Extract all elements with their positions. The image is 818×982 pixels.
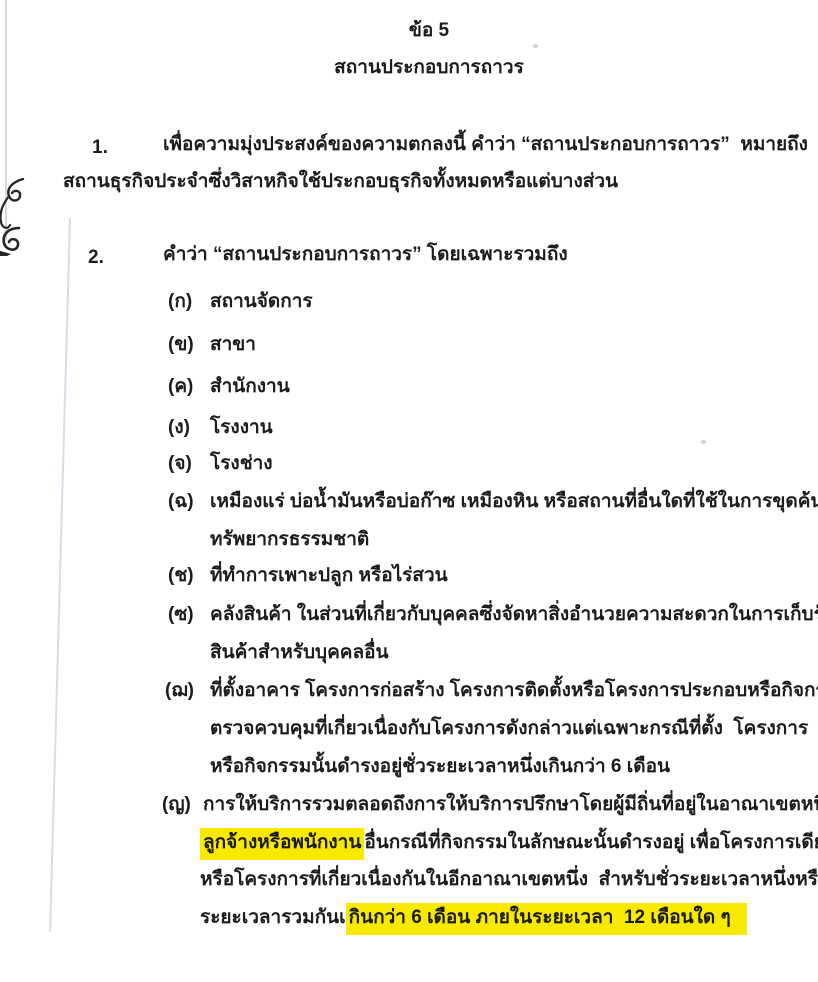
scan-speck [701, 440, 706, 444]
item-line: สาขา [210, 330, 256, 360]
paragraph-1-line: สถานธุรกิจประจำซึ่งวิสาหกิจใช้ประกอบธุรก… [63, 167, 618, 197]
item-label: (ฌ) [165, 676, 194, 706]
item-line: ระยะเวลารวมกันเกินกว่า 6 เดือน ภายในระยะ… [200, 903, 747, 933]
item-label: (ก) [168, 287, 192, 317]
article-number: ข้อ 5 [63, 16, 795, 46]
item-line: สถานจัดการ [210, 287, 313, 317]
item-line: ที่ทำการเพาะปลูก หรือไร่สวน [210, 561, 448, 591]
paragraph-2-heading: คำว่า “สถานประกอบการถาวร” โดยเฉพาะรวมถึง [163, 240, 568, 270]
item-label: (จ) [168, 449, 192, 479]
article-title: สถานประกอบการถาวร [63, 53, 795, 83]
item-line: คลังสินค้า ในส่วนที่เกี่ยวกับบุคคลซึ่งจั… [210, 600, 818, 630]
item-line: เหมืองแร่ บ่อน้ำมันหรือบ่อก๊าซ เหมืองหิน… [210, 487, 818, 517]
item-line: การให้บริการรวมตลอดถึงการให้บริการปรึกษา… [203, 790, 818, 820]
item-label: (ซ) [168, 600, 194, 630]
item-line: หรือโครงการที่เกี่ยวเนื่องกันในอีกอาณาเข… [200, 865, 818, 895]
item-line: ทรัพยากรธรรมชาติ [210, 525, 369, 555]
item-line: สำนักงาน [210, 372, 290, 402]
item-line: หรือกิจกรรมนั้นดำรงอยู่ชั่วระยะเวลาหนึ่ง… [210, 752, 670, 782]
item-line: สินค้าสำหรับบุคคลอื่น [210, 638, 389, 668]
paragraph-1-line: เพื่อความมุ่งประสงค์ของความตกลงนี้ คำว่า… [163, 130, 808, 160]
scanned-document-page: ข้อ 5 สถานประกอบการถาวร 1. เพื่อความมุ่ง… [0, 0, 818, 982]
item-label: (ค) [168, 372, 193, 402]
item-label: (ง) [168, 413, 190, 443]
item-line: โรงงาน [210, 413, 273, 443]
item-line: ที่ตั้งอาคาร โครงการก่อสร้าง โครงการติดต… [210, 676, 818, 706]
highlighted-text: ลูกจ้างหรือพนักงาน [200, 828, 364, 860]
item-label: (ญ) [162, 790, 191, 820]
paragraph-2-number: 2. [88, 243, 104, 273]
item-label: (ข) [168, 330, 194, 360]
item-label: (ช) [168, 561, 194, 591]
item-label: (ฉ) [168, 487, 194, 517]
item-line-text: อื่นกรณีที่กิจกรรมในลักษณะนั้นดำรงอยู่ เ… [364, 832, 818, 853]
page-edge-shadow-main [49, 218, 71, 932]
item-line: ตรวจควบคุมที่เกี่ยวเนื่องกับโครงการดังกล… [210, 714, 808, 744]
thai-ornament-fragment-icon [0, 178, 27, 256]
item-line-text: ระยะเวลารวมกันเ [200, 907, 346, 928]
paragraph-1-number: 1. [92, 133, 108, 163]
highlighted-text: กินกว่า 6 เดือน ภายในระยะเวลา 12 เดือนใด… [346, 903, 747, 935]
item-line: โรงช่าง [210, 449, 273, 479]
item-line: ลูกจ้างหรือพนักงานอื่นกรณีที่กิจกรรมในลั… [200, 828, 818, 858]
